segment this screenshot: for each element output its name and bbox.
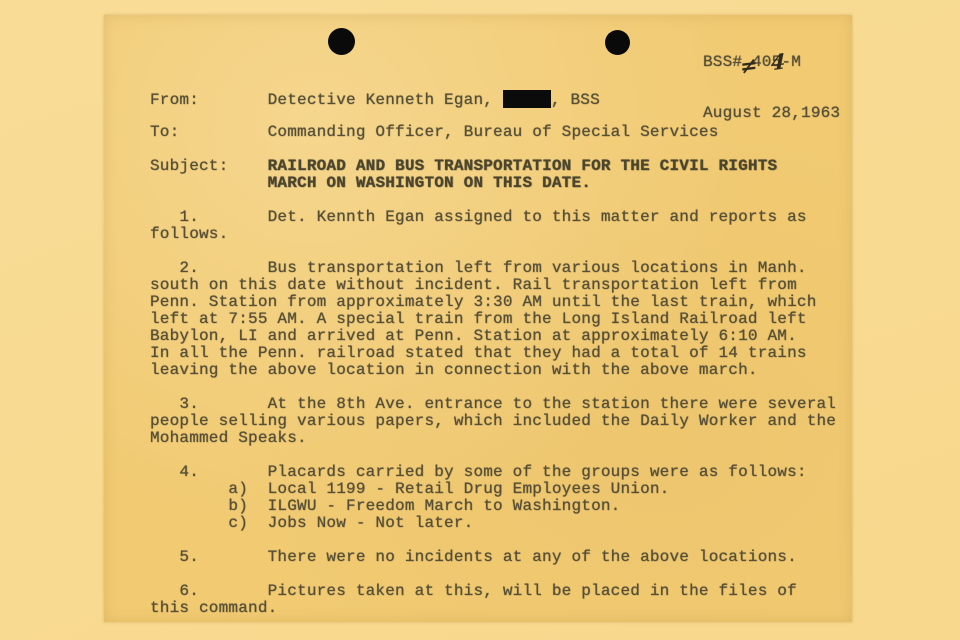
memo-line: Mohammed Speaks.: [150, 430, 862, 447]
memo-line: [150, 107, 862, 124]
memo-line: Babylon, LI and arrived at Penn. Station…: [150, 328, 862, 345]
punch-hole-right: [605, 30, 630, 55]
memo-line: 1. Det. Kennth Egan assigned to this mat…: [150, 209, 862, 226]
memo-line: [150, 447, 862, 464]
memo-line: 6. Pictures taken at this, will be place…: [150, 583, 862, 600]
redaction-box: [503, 90, 551, 108]
memo-line: south on this date without incident. Rai…: [150, 277, 862, 294]
memo-line: c) Jobs Now - Not later.: [150, 515, 862, 532]
memo-line: 2. Bus transportation left from various …: [150, 260, 862, 277]
memo-line: this command.: [150, 600, 862, 617]
memo-line: follows.: [150, 226, 862, 243]
memo-line: [150, 192, 862, 209]
memo-line: 3. At the 8th Ave. entrance to the stati…: [150, 396, 862, 413]
memo-line: [150, 243, 862, 260]
document-scan: BSS# 405-M August 28,1963 ≠ 4 From: Dete…: [0, 0, 960, 640]
memo-line: 4. Placards carried by some of the group…: [150, 464, 862, 481]
memo-line: [150, 532, 862, 549]
memo-line: Subject: RAILROAD AND BUS TRANSPORTATION…: [150, 158, 862, 175]
memo-line: left at 7:55 AM. A special train from th…: [150, 311, 862, 328]
memo-line: leaving the above location in connection…: [150, 362, 862, 379]
memo-line: [150, 141, 862, 158]
memo-line: To: Commanding Officer, Bureau of Specia…: [150, 124, 862, 141]
memo-line: b) ILGWU - Freedom March to Washington.: [150, 498, 862, 515]
memo-line: 5. There were no incidents at any of the…: [150, 549, 862, 566]
memo-line: [150, 379, 862, 396]
memo-line: In all the Penn. railroad stated that th…: [150, 345, 862, 362]
memo-line: MARCH ON WASHINGTON ON THIS DATE.: [150, 175, 862, 192]
punch-hole-left: [328, 28, 355, 55]
memo-line: Penn. Station from approximately 3:30 AM…: [150, 294, 862, 311]
memo-line: a) Local 1199 - Retail Drug Employees Un…: [150, 481, 862, 498]
memo-line: From: Detective Kenneth Egan, , BSS: [150, 90, 862, 107]
memo-lines: From: Detective Kenneth Egan, , BSSTo: C…: [150, 90, 862, 617]
memo-paper: BSS# 405-M August 28,1963 ≠ 4 From: Dete…: [104, 15, 852, 622]
memo-line: [150, 566, 862, 583]
memo-line: people selling various papers, which inc…: [150, 413, 862, 430]
